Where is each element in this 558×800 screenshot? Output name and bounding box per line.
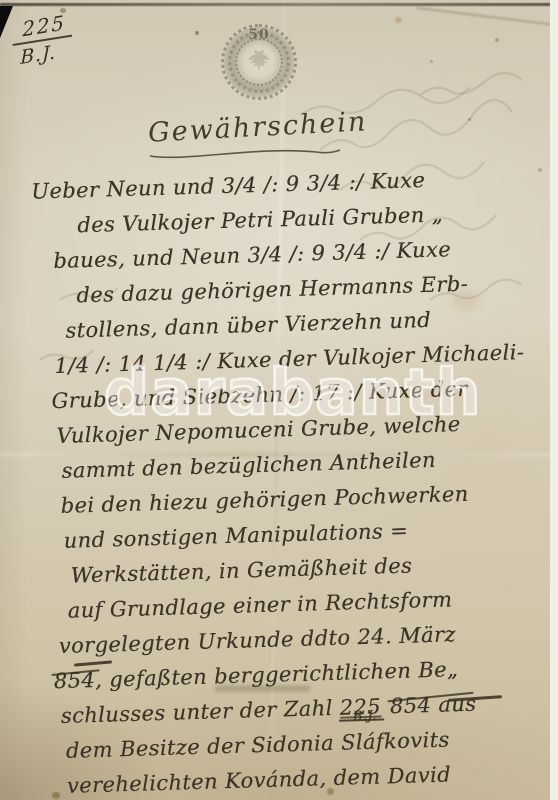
top-edge-crease xyxy=(0,3,558,6)
line-text: schlusses unter der Zahl xyxy=(60,696,332,728)
year-number: 854 aus xyxy=(390,692,477,719)
revenue-stamp: 50 xyxy=(221,24,297,100)
darabanth-watermark: darabanth xyxy=(104,356,482,429)
stain-spot xyxy=(195,31,199,35)
stain-spot xyxy=(468,118,471,121)
file-number-fraction: 225B.J. xyxy=(338,689,384,725)
file-initials: B.J. xyxy=(353,710,377,724)
stain-spot xyxy=(395,17,402,23)
document-photo: 225 B.J. 50 Gewährschein Ueber Neun und … xyxy=(0,0,558,800)
stain-spot xyxy=(495,38,499,42)
title-underline-flourish xyxy=(146,142,346,162)
line-text: gefaßten berggerichtlichen Be„ xyxy=(102,657,459,692)
stamp-value: 50 xyxy=(221,27,297,43)
corner-notation: 225 B.J. xyxy=(10,10,77,70)
stain-spot xyxy=(430,60,433,63)
double-eagle-emblem xyxy=(244,47,274,77)
year-number: 854, xyxy=(53,668,102,693)
manuscript-body: Ueber Neun und 3/4 /: 9 3/4 :/ Kuxe des … xyxy=(31,160,557,800)
